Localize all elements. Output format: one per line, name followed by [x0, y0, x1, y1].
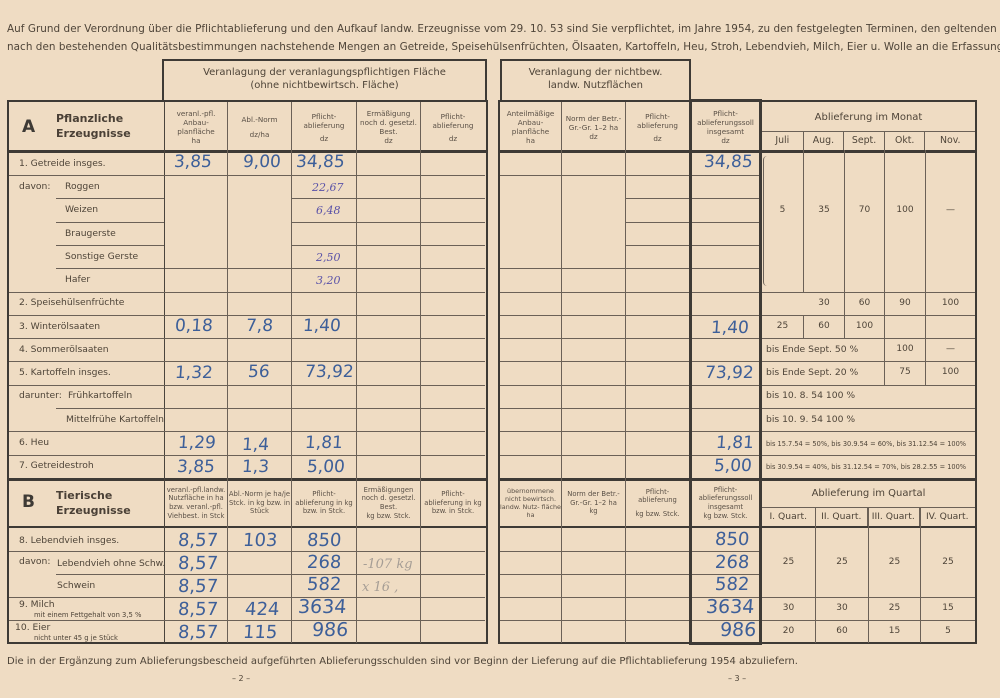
value-stroh-pflicht: 5,00: [306, 457, 345, 477]
row-label-heu: 6. Heu: [19, 437, 49, 448]
row-label-braugerste: Braugerste: [65, 228, 116, 239]
row-line: [9, 597, 485, 598]
row-label-weizen: Weizen: [65, 204, 98, 215]
divider: [498, 526, 977, 528]
sched-getreide-sept: 70: [845, 205, 884, 215]
row-line: [762, 315, 975, 316]
sched-vieh-q3: 25: [869, 557, 920, 567]
value-ohne-schw-ermaessigung: -107 kg: [363, 557, 413, 572]
col-line: [291, 102, 292, 643]
value-hafer-pflicht: 3,20: [316, 274, 341, 287]
row-line: [165, 268, 292, 269]
section-b-title-2: Erzeugnisse: [56, 504, 131, 518]
col-header-a-norm: Abl.-Normdz/ha: [228, 104, 291, 150]
sched-kartoffel-nov: 100: [926, 367, 975, 377]
row-prefix-darunter: darunter:: [19, 390, 62, 401]
value-sonstige-gerste-pflicht: 2,50: [316, 251, 341, 264]
row-line: [500, 431, 689, 432]
section-b-letter: B: [22, 492, 35, 512]
sched-speise-aug: 30: [804, 298, 844, 308]
sched-kartoffel-text: bis Ende Sept. 20 %: [766, 367, 858, 378]
value-lebendvieh-flaeche: 8,57: [177, 530, 219, 551]
divider: [7, 526, 488, 528]
sched-getreide-okt: 100: [885, 205, 925, 215]
sched-sommer-okt: 100: [885, 344, 925, 354]
row-line: [500, 455, 689, 456]
row-line: [762, 455, 975, 456]
col-header-a-flaeche: veranl.-pfl. Anbau- planflächeha: [165, 104, 227, 150]
col-header-a-anteil: Anteilmäßige Anbau- planflächeha: [500, 104, 561, 150]
row-line: [692, 385, 759, 386]
row-label-roggen: Roggen: [65, 181, 100, 192]
row-label-getreidestroh: 7. Getreidestroh: [19, 460, 94, 471]
row-line: [626, 198, 689, 199]
value-ohne-schw-flaeche: 8,57: [177, 553, 219, 574]
value-lebendvieh-soll: 850: [714, 529, 750, 550]
row-label-speise: 2. Speisehülsenfrüchte: [19, 297, 124, 308]
bracket: [763, 156, 768, 286]
quarter-header: Ablieferung im Quartal: [762, 487, 975, 500]
row-line: [56, 268, 164, 269]
value-heu-pflicht: 1,81: [304, 433, 343, 453]
row-line: [626, 245, 689, 246]
row-line: [56, 222, 164, 223]
quarter-4: IV. Quart.: [920, 507, 975, 526]
col-line: [561, 102, 562, 643]
sched-winter-juli: 25: [762, 321, 803, 331]
value-lebendvieh-norm: 103: [242, 530, 278, 551]
sched-milch-q1: 30: [762, 603, 815, 613]
value-roggen-pflicht: 22,67: [312, 181, 344, 194]
row-label-sommeroel: 4. Sommerölsaaten: [19, 344, 109, 355]
row-line: [692, 268, 759, 269]
value-milch-norm: 424: [244, 599, 280, 620]
row-line: [500, 620, 689, 621]
row-line: [500, 361, 689, 362]
col-header-a-pflicht3: Pflicht- ablieferungdz: [626, 104, 689, 150]
row-line: [56, 198, 164, 199]
sched-eier-q2: 60: [816, 626, 868, 636]
row-label-schwein: Schwein: [57, 580, 95, 591]
sched-vieh-q2: 25: [816, 557, 868, 567]
value-stroh-flaeche: 3,85: [176, 457, 215, 477]
row-label-kartoffeln: 5. Kartoffeln insges.: [19, 367, 111, 378]
sched-stroh-text: bis 30.9.54 = 40%, bis 31.12.54 = 70%, b…: [766, 463, 966, 471]
sched-eier-q3: 15: [869, 626, 920, 636]
footer-note: Die in der Ergänzung zum Ablieferungsbes…: [7, 656, 798, 667]
sched-winter-sept: 100: [845, 321, 884, 331]
col-line: [815, 507, 816, 643]
sched-milch-q2: 30: [816, 603, 868, 613]
row-label-getreide: 1. Getreide insges.: [19, 158, 106, 169]
value-ohne-schw-soll: 268: [714, 552, 750, 573]
value-schwein-flaeche: 8,57: [177, 576, 219, 597]
row-line: [500, 408, 689, 409]
sched-winter-aug: 60: [804, 321, 844, 331]
value-kartoffeln-norm: 56: [247, 362, 270, 382]
value-kartoffeln-soll: 73,92: [704, 363, 754, 383]
row-line: [692, 198, 759, 199]
row-line: [762, 431, 975, 432]
col-header-a-soll: Pflicht- ablieferungssoll insgesamtdz: [692, 104, 759, 150]
value-milch-flaeche: 8,57: [177, 599, 219, 620]
col-header-a-ermaessigung: Ermäßigung noch d. gesetzl. Best.dz: [357, 104, 420, 150]
month-juli: Juli: [762, 131, 804, 150]
row-label-lebendvieh-ohne-schw: Lebendvieh ohne Schw.: [57, 558, 165, 569]
value-heu-soll: 1,81: [715, 433, 754, 453]
sched-frueh-text: bis 10. 8. 54 100 %: [766, 390, 855, 401]
col-header-b-pflicht: Pflicht- ablieferung in kg bzw. in Stck.: [292, 480, 356, 526]
sched-eier-q1: 20: [762, 626, 815, 636]
sched-speise-okt: 90: [885, 298, 925, 308]
value-winteroel-pflicht: 1,40: [302, 316, 341, 336]
sched-vieh-q1: 25: [762, 557, 815, 567]
col-line: [420, 102, 421, 643]
section-a-title-1: Pflanzliche: [56, 112, 123, 126]
row-line: [500, 385, 689, 386]
sched-getreide-nov: —: [926, 205, 975, 215]
group-header-nichtbew-title: Veranlagung der nichtbew.: [502, 66, 689, 79]
value-heu-norm: 1,4: [241, 435, 269, 455]
value-eier-norm: 115: [242, 622, 278, 643]
sched-eier-q4: 5: [921, 626, 975, 636]
col-header-a-pflicht2: Pflicht- ablieferungdz: [421, 104, 485, 150]
value-getreide-norm: 9,00: [242, 152, 281, 172]
value-milch-soll: 3634: [705, 596, 755, 618]
row-line: [692, 338, 759, 339]
value-winteroel-flaeche: 0,18: [174, 316, 213, 336]
value-getreide-flaeche: 3,85: [173, 152, 212, 172]
row-line: [9, 455, 485, 456]
row-label-sonstige-gerste: Sonstige Gerste: [65, 251, 138, 262]
value-eier-soll: 986: [719, 619, 757, 641]
row-line: [692, 222, 759, 223]
row-label-eier: 10. Eier: [15, 622, 50, 633]
row-line: [292, 198, 485, 199]
section-a-title-2: Erzeugnisse: [56, 127, 131, 141]
quarter-2: II. Quart.: [816, 507, 869, 526]
col-line: [925, 150, 926, 292]
month-aug: Aug.: [804, 131, 845, 150]
col-line: [227, 102, 228, 643]
value-getreide-soll: 34,85: [703, 152, 753, 172]
col-line: [868, 507, 869, 643]
month-nov: Nov.: [925, 131, 975, 150]
month-sept: Sept.: [844, 131, 885, 150]
col-header-b-pflicht2: Pflicht- ablieferung in kg bzw. in Stck.: [421, 480, 485, 526]
col-header-b-ermaessigung: Ermäßigungen noch d. gesetzl. Best.kg bz…: [357, 480, 420, 526]
row-line: [626, 222, 689, 223]
row-line: [500, 338, 689, 339]
row-line: [9, 551, 485, 552]
row-line: [9, 431, 485, 432]
row-line: [9, 175, 485, 176]
sched-vieh-q4: 25: [921, 557, 975, 567]
quarter-3: III. Quart.: [868, 507, 920, 526]
col-line: [625, 102, 626, 643]
col-header-a-pflicht: Pflicht- ablieferungdz: [292, 104, 356, 150]
section-b-title-1: Tierische: [56, 489, 112, 503]
row-line: [692, 431, 759, 432]
row-line: [9, 385, 485, 386]
row-prefix-davon: davon:: [19, 181, 50, 192]
value-getreide-pflicht: 34,85: [295, 152, 345, 172]
month-labels: Juli Aug. Sept. Okt. Nov.: [762, 131, 975, 150]
col-line: [803, 150, 804, 292]
col-header-b-pflicht3: Pflicht- ablieferungkg bzw. Stck.: [626, 480, 689, 526]
row-line: [500, 292, 689, 293]
row-line: [500, 551, 689, 552]
col-header-b-flaeche: veranl.-pfl.landw. Nutzfläche in ha bzw.…: [165, 480, 227, 526]
value-eier-pflicht: 986: [311, 619, 349, 641]
group-header-veranlagt-sub: (ohne nichtbewirtsch. Fläche): [164, 79, 485, 92]
row-label-fruehkartoffeln: Frühkartoffeln: [68, 390, 132, 401]
col-line: [920, 507, 921, 643]
row-line: [762, 385, 975, 386]
sched-getreide-aug: 35: [804, 205, 844, 215]
row-line: [692, 361, 759, 362]
row-sub-milch: mit einem Fettgehalt von 3,5 %: [34, 611, 142, 619]
intro-line-1: Auf Grund der Verordnung über die Pflich…: [7, 23, 1000, 35]
row-label-hafer: Hafer: [65, 274, 90, 285]
value-winteroel-soll: 1,40: [710, 318, 749, 338]
row-line: [9, 338, 485, 339]
col-header-b-norm-betr: Norm der Betr.-Gr.-Gr. 1–2 hakg: [562, 480, 625, 526]
sched-speise-sept: 60: [845, 298, 884, 308]
row-line: [500, 574, 689, 575]
section-a-letter: A: [22, 117, 35, 137]
col-header-b-norm: Abl.-Norm je ha/je Stck. in kg bzw. in S…: [228, 480, 291, 526]
right-nichtbew-frame: [498, 100, 691, 644]
value-stroh-norm: 1,3: [241, 457, 269, 477]
sched-mittel-text: bis 10. 9. 54 100 %: [766, 414, 855, 425]
row-line: [56, 245, 164, 246]
sched-sommer-nov: —: [926, 344, 975, 354]
row-sub-eier: nicht unter 45 g je Stück: [34, 634, 118, 642]
sched-speise-nov: 100: [926, 298, 975, 308]
sched-heu-text: bis 15.7.54 = 50%, bis 30.9.54 = 60%, bi…: [766, 440, 966, 448]
row-line: [500, 268, 689, 269]
row-line: [500, 597, 689, 598]
row-line: [762, 408, 975, 409]
sched-kartoffel-okt: 75: [885, 367, 925, 377]
value-schwein-ermaessigung: x 16 ,: [362, 580, 398, 595]
row-line: [692, 315, 759, 316]
sched-sommer-text: bis Ende Sept. 50 %: [766, 344, 858, 355]
row-label-lebendvieh: 8. Lebendvieh insges.: [19, 535, 119, 546]
value-stroh-soll: 5,00: [713, 456, 752, 476]
group-header-nichtbew: Veranlagung der nichtbew. landw. Nutzflä…: [500, 59, 691, 102]
col-line: [884, 150, 885, 292]
value-winteroel-norm: 7,8: [245, 316, 273, 336]
col-header-b-uebernommen: übernommene nicht bewirtsch. landw. Nutz…: [500, 480, 561, 526]
group-header-nichtbew-sub: landw. Nutzflächen: [502, 79, 689, 92]
row-line: [762, 292, 975, 293]
month-header: Ablieferung im Monat: [762, 111, 975, 124]
row-line: [692, 245, 759, 246]
sched-milch-q4: 15: [921, 603, 975, 613]
value-schwein-soll: 582: [714, 574, 750, 595]
value-eier-flaeche: 8,57: [177, 622, 219, 643]
group-header-veranlagt-title: Veranlagung der veranlagungspflichtigen …: [164, 66, 485, 79]
value-ohne-schw-pflicht: 268: [306, 552, 342, 573]
value-weizen-pflicht: 6,48: [316, 204, 341, 217]
page-number-left: – 2 –: [232, 674, 250, 683]
row-line: [292, 222, 485, 223]
sched-getreide-juli: 5: [762, 205, 803, 215]
row-line: [9, 292, 485, 293]
value-kartoffeln-flaeche: 1,32: [174, 363, 213, 383]
intro-line-2: nach den bestehenden Qualitätsbestimmung…: [7, 41, 1000, 53]
row-line: [692, 175, 759, 176]
col-line: [356, 102, 357, 643]
row-line: [500, 315, 689, 316]
col-header-b-soll: Pflicht- ablieferungssoll insgesamtkg bz…: [692, 480, 759, 526]
row-line: [56, 408, 485, 409]
row-prefix-davon-b: davon:: [19, 556, 50, 567]
quarter-1: I. Quart.: [762, 507, 816, 526]
row-line: [292, 245, 485, 246]
month-okt: Okt.: [885, 131, 926, 150]
value-milch-pflicht: 3634: [297, 596, 347, 618]
row-line: [292, 268, 485, 269]
row-line: [9, 361, 485, 362]
row-line: [500, 175, 689, 176]
value-schwein-pflicht: 582: [306, 574, 342, 595]
row-line: [762, 338, 975, 339]
row-line: [9, 620, 485, 621]
col-header-a-norm-betr: Norm der Betr.-Gr.-Gr. 1–2 hadz: [562, 104, 625, 150]
col-line: [844, 150, 845, 292]
sched-milch-q3: 25: [869, 603, 920, 613]
value-lebendvieh-pflicht: 850: [306, 530, 342, 551]
row-line: [692, 408, 759, 409]
row-line: [762, 361, 975, 362]
row-label-mittelfruehe: Mittelfrühe Kartoffeln: [66, 414, 164, 425]
row-label-winteroel: 3. Winterölsaaten: [19, 321, 100, 332]
group-header-veranlagt: Veranlagung der veranlagungspflichtigen …: [162, 59, 487, 102]
value-heu-flaeche: 1,29: [177, 433, 216, 453]
row-line: [56, 574, 485, 575]
value-kartoffeln-pflicht: 73,92: [304, 362, 354, 382]
page-number-right: – 3 –: [728, 674, 746, 683]
row-line: [692, 292, 759, 293]
row-label-milch: 9. Milch: [19, 599, 55, 610]
